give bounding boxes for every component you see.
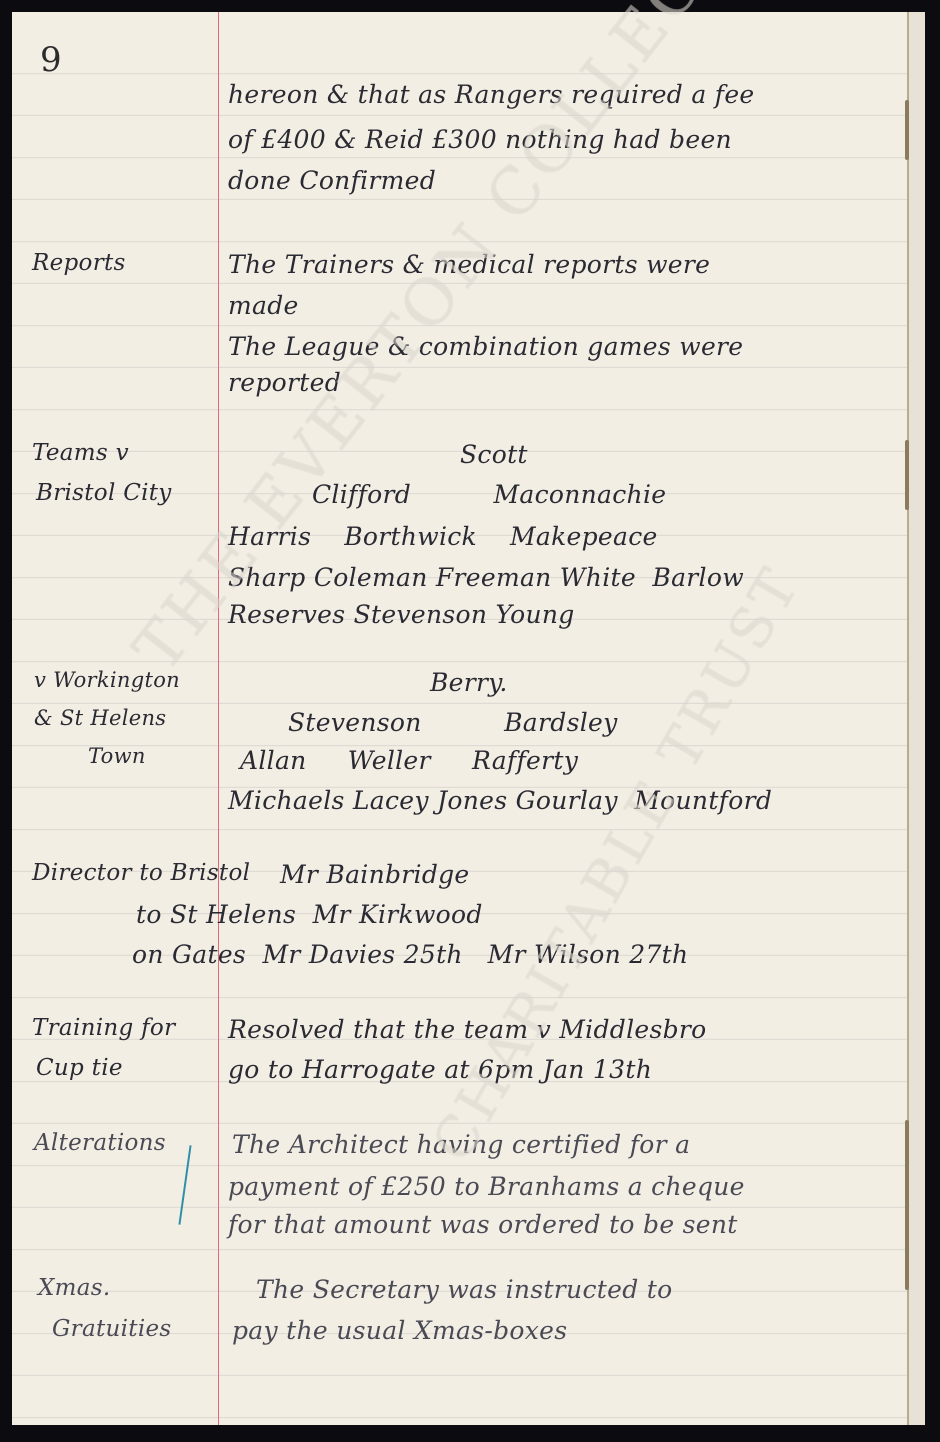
entry-label-training: Training for — [32, 1015, 175, 1041]
team-line: Harris Borthwick Makepeace — [228, 522, 658, 551]
entry-label-director: Director to Bristol — [32, 860, 250, 886]
entry-line: Mr Bainbridge — [280, 860, 470, 889]
page-number: 9 — [40, 40, 62, 80]
entry-line: Resolved that the team v Middlesbro — [228, 1015, 707, 1044]
entry-label-alterations: Alterations — [34, 1130, 166, 1156]
entry-label-reports: Reports — [32, 250, 126, 276]
entry-label-workington: Town — [88, 744, 146, 768]
page-edge — [907, 12, 925, 1425]
team-line: Scott — [460, 440, 528, 469]
binding-clip — [905, 440, 909, 510]
entry-line: The Trainers & medical reports were — [228, 250, 710, 279]
margin-rule — [218, 12, 219, 1425]
entry-line: The Secretary was instructed to — [256, 1275, 672, 1304]
entry-line: pay the usual Xmas-boxes — [232, 1316, 567, 1345]
team-line: Michaels Lacey Jones Gourlay Mountford — [228, 786, 772, 815]
binding-clip — [905, 100, 909, 160]
team-line: Allan Weller Rafferty — [240, 746, 578, 775]
team-line: Reserves Stevenson Young — [228, 600, 575, 629]
entry-label-workington: v Workington — [34, 668, 180, 692]
continuation-line: hereon & that as Rangers required a fee — [228, 80, 755, 109]
entry-label-teams: Bristol City — [36, 480, 172, 506]
entry-line: to St Helens Mr Kirkwood — [136, 900, 483, 929]
continuation-line: of £400 & Reid £300 nothing had been — [228, 125, 732, 154]
entry-line: payment of £250 to Branhams a cheque — [228, 1172, 745, 1201]
entry-line: reported — [228, 368, 341, 397]
team-line: Stevenson Bardsley — [288, 708, 618, 737]
entry-line: The League & combination games were — [228, 332, 743, 361]
team-line: Clifford Maconnachie — [312, 480, 666, 509]
entry-line: The Architect having certified for a — [232, 1130, 690, 1159]
team-line: Berry. — [430, 668, 508, 697]
entry-label-training: Cup tie — [36, 1055, 123, 1081]
continuation-line: done Confirmed — [228, 166, 436, 195]
binding-clip — [905, 1120, 909, 1290]
entry-line: on Gates Mr Davies 25th Mr Wilson 27th — [132, 940, 688, 969]
entry-line: made — [228, 291, 299, 320]
entry-label-xmas: Gratuities — [52, 1316, 172, 1342]
team-line: Sharp Coleman Freeman White Barlow — [228, 563, 744, 592]
entry-label-workington: & St Helens — [34, 706, 166, 730]
entry-label-teams: Teams v — [32, 440, 129, 466]
entry-line: go to Harrogate at 6pm Jan 13th — [228, 1055, 652, 1084]
entry-label-xmas: Xmas. — [38, 1275, 111, 1301]
entry-line: for that amount was ordered to be sent — [228, 1210, 738, 1239]
